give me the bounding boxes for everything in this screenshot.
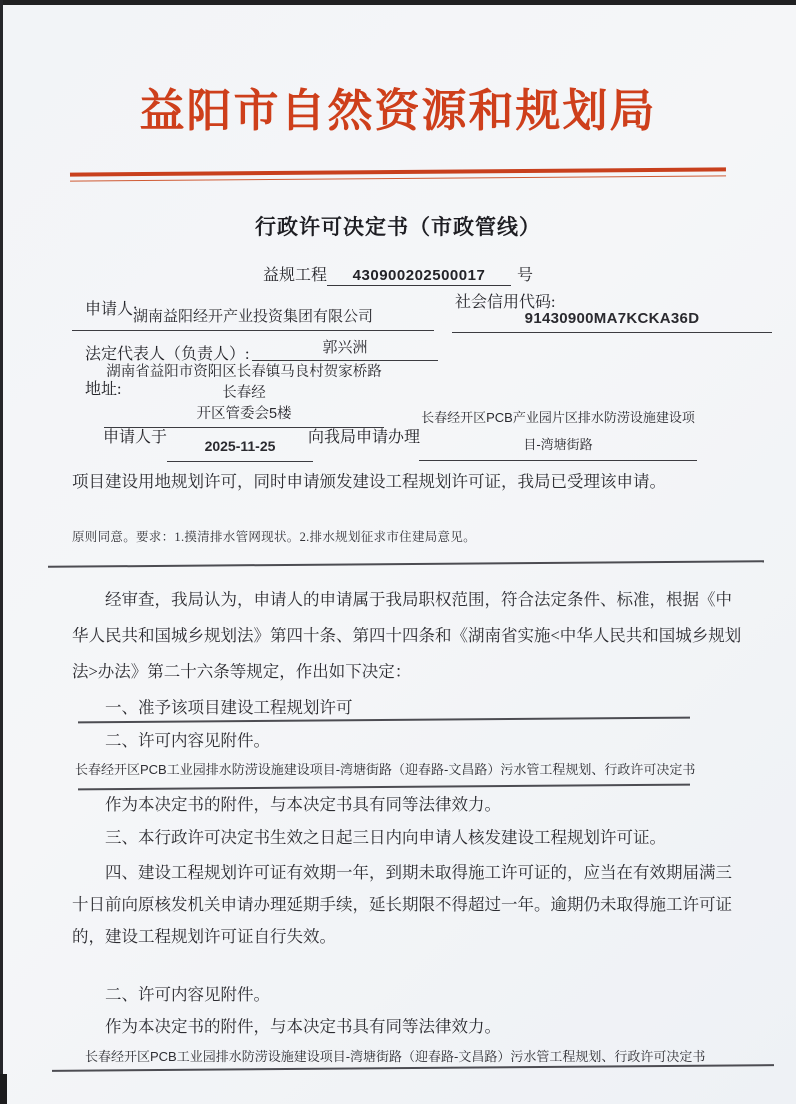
decision-item-2-repeat: 二、许可内容见附件。 — [72, 983, 748, 1007]
decision-item-4: 四、建设工程规划许可证有效期一年，到期未取得施工许可证的，应当在有效期届满三十日… — [72, 857, 748, 953]
header-divider-thin-line — [70, 175, 726, 182]
application-date-value: 2025-11-25 — [167, 436, 313, 462]
document-number-suffix: 号 — [517, 267, 533, 284]
review-paragraph: 经审查，我局认为，申请人的申请属于我局职权范围，符合法定条件、标准，根据《中华人… — [72, 582, 748, 690]
document-title: 行政许可决定书（市政管线） — [0, 211, 796, 241]
project-name-line1: 长春经开区PCB产业园片区排水防涝设施建设项 — [421, 410, 695, 425]
decision-item-2: 二、许可内容见附件。 — [72, 729, 748, 753]
document-number-line: 益规工程430900202500017号 — [0, 262, 796, 286]
attachment-title: 长春经开区PCB工业园排水防涝设施建设项目-湾塘街路（迎春路-文昌路）污水管工程… — [75, 759, 695, 778]
applied-on-label: 申请人于 — [103, 424, 167, 447]
footer-divider — [52, 1064, 774, 1072]
header-divider — [70, 167, 726, 181]
project-name-line2: 目-湾塘街路 — [523, 437, 592, 452]
agency-title: 益阳市自然资源和规划局 — [0, 74, 796, 139]
credit-code-value: 91430900MA7KCKA36D — [452, 308, 772, 333]
attachment-effect-repeat: 作为本决定书的附件，与本决定书具有同等法律效力。 — [72, 1015, 748, 1039]
legal-rep-value: 郭兴洲 — [252, 337, 438, 361]
applied-action-label: 向我局申请办理 — [308, 424, 420, 447]
scan-edge-top — [0, 0, 796, 5]
attachment-divider-bottom — [78, 784, 690, 791]
document-number-value: 430900202500017 — [327, 267, 511, 286]
address-value: 湖南省益阳市资阳区长春镇马良村贺家桥路长春经 开区管委会5楼 — [104, 362, 384, 428]
legal-rep-label: 法定代表人（负责人）: — [85, 341, 249, 364]
project-name-value: 长春经开区PCB产业园片区排水防涝设施建设项 目-湾塘街路 — [419, 404, 697, 461]
applicant-value: 湖南益阳经开产业投资集团有限公司 — [72, 306, 434, 331]
scanned-permit-document: 益阳市自然资源和规划局 行政许可决定书（市政管线） 益规工程4309002025… — [0, 0, 796, 1104]
scan-corner-mark — [0, 1074, 7, 1104]
scan-edge-left — [0, 0, 3, 1104]
section-divider-1 — [48, 560, 764, 568]
attachment-title-repeat: 长春经开区PCB工业园排水防涝设施建设项目-湾塘街路（迎春路-文昌路）污水管工程… — [85, 1046, 705, 1065]
document-number-prefix: 益规工程 — [263, 267, 327, 284]
attachment-effect-statement: 作为本决定书的附件，与本决定书具有同等法律效力。 — [72, 793, 748, 817]
intro-continuation-paragraph: 项目建设用地规划许可，同时申请颁发建设工程规划许可证，我局已受理该申请。 — [72, 470, 748, 494]
review-annotation: 原则同意。要求：1.摸清排水管网现状。2.排水规划征求市住建局意见。 — [72, 527, 732, 545]
address-line1: 湖南省益阳市资阳区长春镇马良村贺家桥路长春经 — [106, 364, 382, 401]
decision-item-3: 三、本行政许可决定书生效之日起三日内向申请人核发建设工程规划许可证。 — [72, 826, 748, 850]
address-line2: 开区管委会5楼 — [196, 406, 291, 422]
